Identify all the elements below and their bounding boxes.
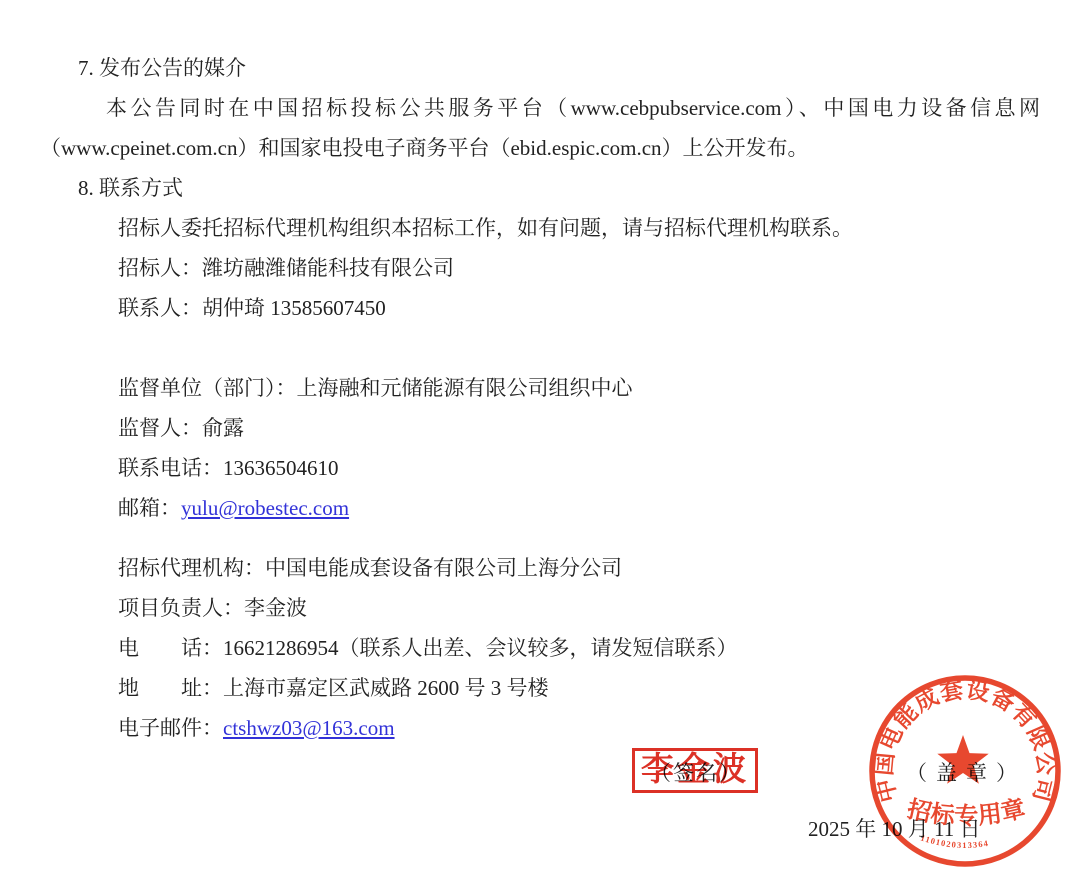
tenderee-line: 招标人：潍坊融潍储能科技有限公司 (40, 248, 1040, 288)
agency-line: 招标代理机构：中国电能成套设备有限公司上海分公司 (40, 548, 1040, 588)
supervisor-phone-line: 联系电话：13636504610 (40, 448, 1040, 488)
section-8-intro: 招标人委托招标代理机构组织本招标工作，如有问题，请与招标代理机构联系。 (40, 208, 1040, 248)
svg-text:招标专用章: 招标专用章 (905, 794, 1029, 830)
blank-line (40, 328, 1040, 368)
agency-email-link[interactable]: ctshwz03@163.com (223, 716, 395, 740)
agency-phone-line: 电 话：16621286954（联系人出差、会议较多，请发短信联系） (40, 628, 1040, 668)
supervisor-line: 监督人：俞露 (40, 408, 1040, 448)
supervisor-unit-line: 监督单位（部门）：上海融和元储能源有限公司组织中心 (40, 368, 1040, 408)
document-body: 7. 发布公告的媒介 本公告同时在中国招标投标公共服务平台（www.cebpub… (40, 48, 1040, 748)
section-7-paragraph: 本公告同时在中国招标投标公共服务平台（www.cebpubservice.com… (40, 88, 1040, 168)
seal-number-text: 1101020313364 (919, 832, 989, 850)
section-8-heading: 8. 联系方式 (40, 168, 1040, 208)
signature-name-stamp: 李金波 (632, 748, 758, 793)
supervisor-email-link[interactable]: yulu@robestec.com (181, 496, 349, 520)
document-page: 7. 发布公告的媒介 本公告同时在中国招标投标公共服务平台（www.cebpub… (0, 0, 1080, 879)
seal-star-icon (937, 735, 988, 784)
supervisor-email-label: 邮箱： (118, 496, 181, 520)
project-manager-line: 项目负责人：李金波 (40, 588, 1040, 628)
section-7-heading: 7. 发布公告的媒介 (40, 48, 1040, 88)
svg-text:1101020313364: 1101020313364 (919, 832, 989, 850)
blank-half-line (40, 528, 1040, 548)
tenderee-contact-line: 联系人：胡仲琦 13585607450 (40, 288, 1040, 328)
seal-type-text: 招标专用章 (905, 794, 1029, 830)
company-seal-stamp: 中国电能成套设备有限公司 招标专用章 1101020313364 (866, 672, 1064, 870)
supervisor-email-line: 邮箱：yulu@robestec.com (40, 488, 1040, 528)
agency-email-label: 电子邮件： (118, 716, 223, 740)
